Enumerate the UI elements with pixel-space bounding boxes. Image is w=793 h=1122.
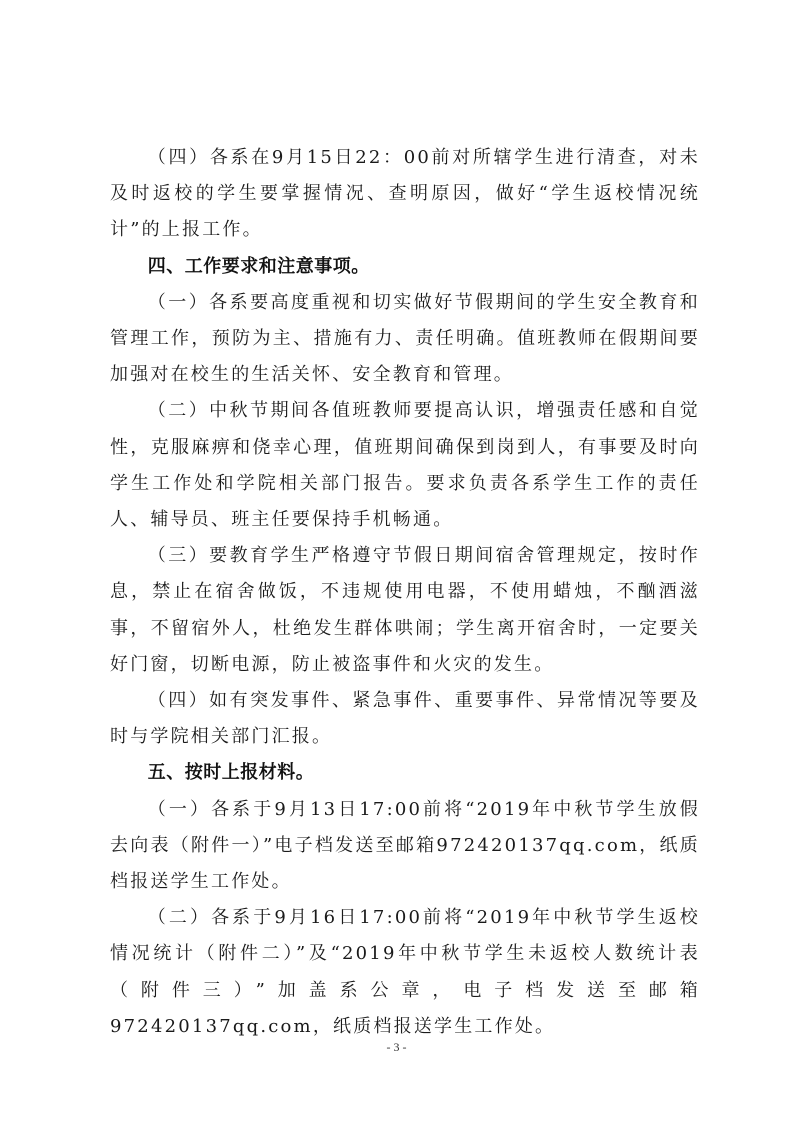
paragraph-safety-education: （一）各系要高度重视和切实做好节假期间的学生安全教育和管理工作，预防为主、措施有… [110,285,700,394]
paragraph-duty-teachers: （二）中秋节期间各值班教师要提高认识，增强责任感和自觉性，克服麻痹和侥幸心理，值… [110,393,700,538]
paragraph-return-check: （四）各系在9月15日22：00前对所辖学生进行清查，对未及时返校的学生要掌握情… [110,140,700,249]
paragraph-emergency-report: （四）如有突发事件、紧急事件、重要事件、异常情况等要及时与学院相关部门汇报。 [110,683,700,755]
document-body: （四）各系在9月15日22：00前对所辖学生进行清查，对未及时返校的学生要掌握情… [110,140,700,1045]
section-heading-submit-materials: 五、按时上报材料。 [110,755,700,791]
paragraph-dorm-rules: （三）要教育学生严格遵守节假日期间宿舍管理规定，按时作息，禁止在宿舍做饭，不违规… [110,538,700,683]
paragraph-attachment-two-three: （二）各系于9月16日17:00前将“2019年中秋节学生返校情况统计（附件二）… [110,900,700,1045]
section-heading-requirements: 四、工作要求和注意事项。 [110,249,700,285]
paragraph-attachment-one: （一）各系于9月13日17:00前将“2019年中秋节学生放假去向表（附件一）”… [110,792,700,901]
page-number: - 3 - [0,1040,793,1055]
